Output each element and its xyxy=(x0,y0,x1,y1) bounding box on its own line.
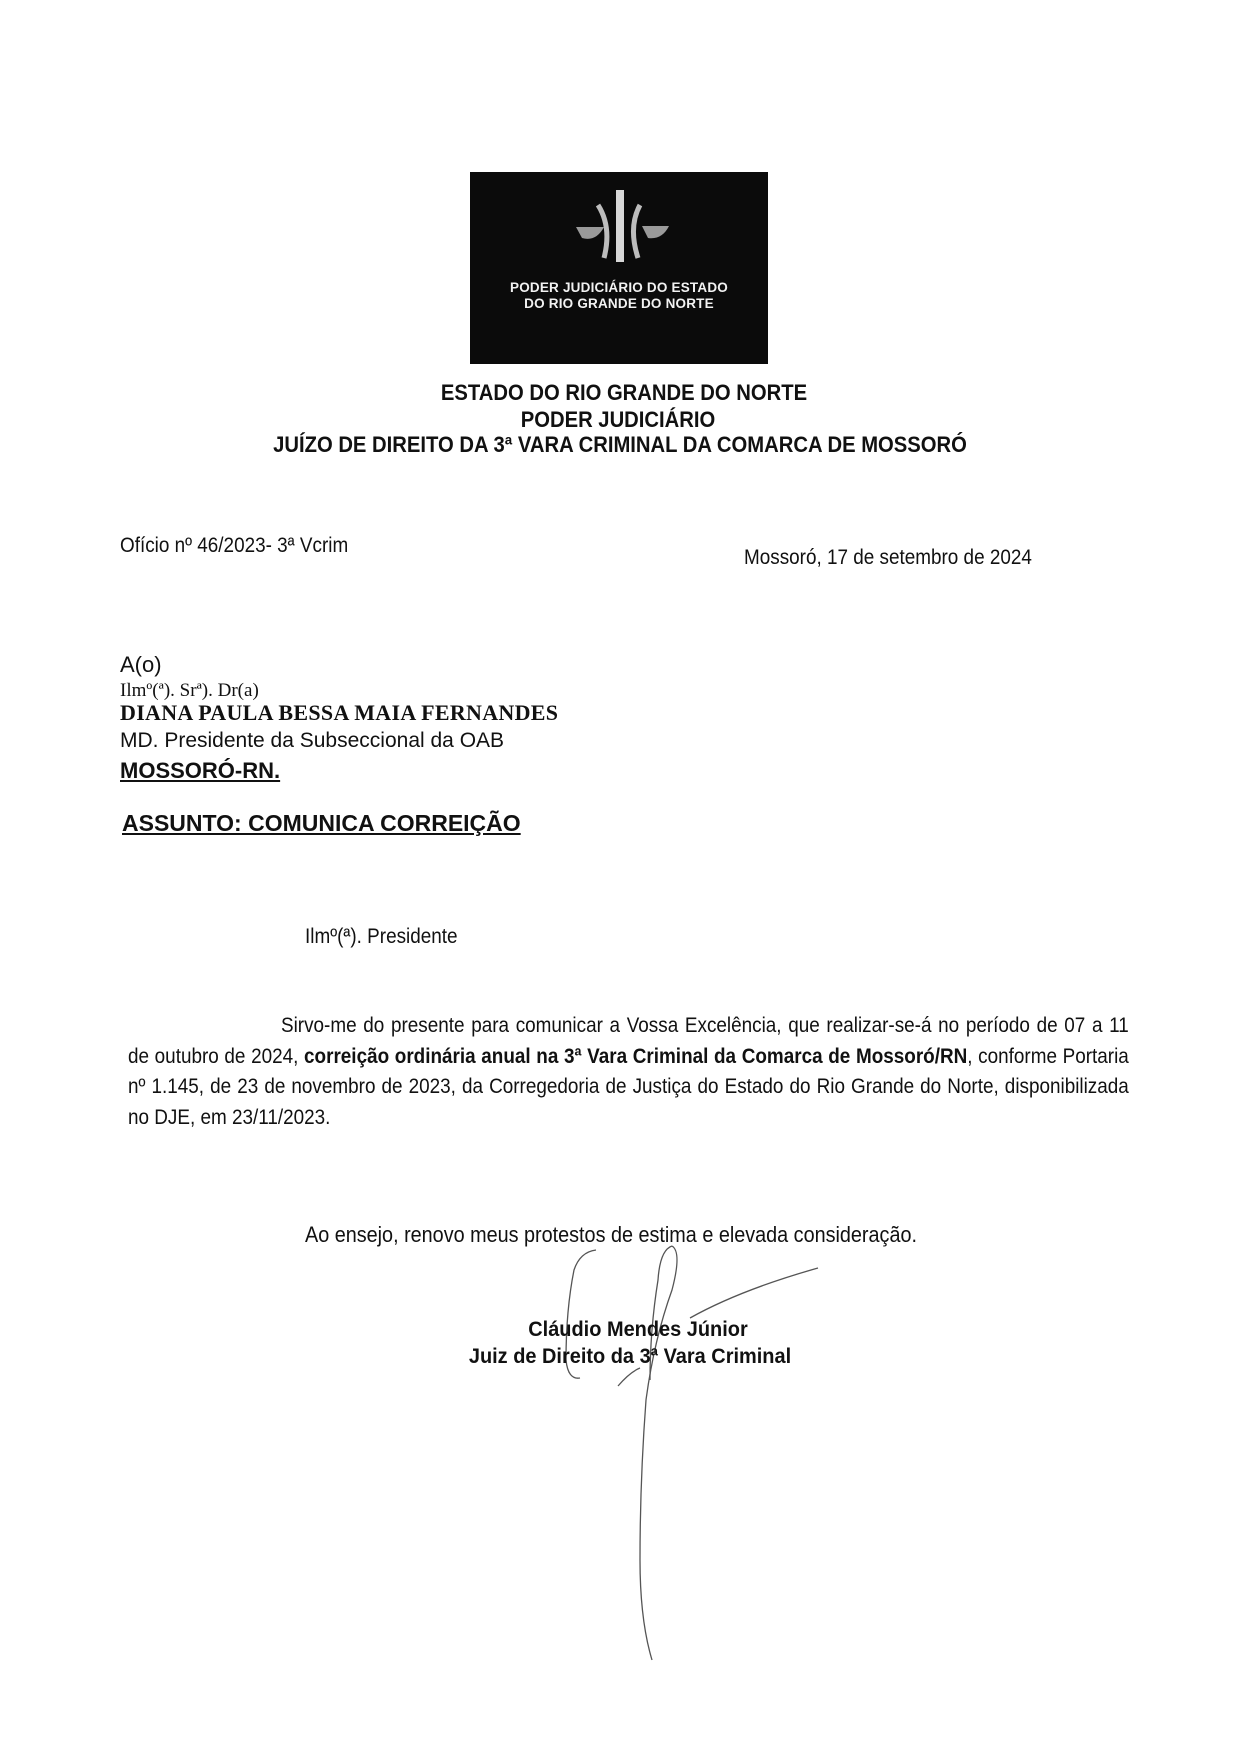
subject-line: ASSUNTO: COMUNICA CORREIÇÃO xyxy=(122,810,521,837)
recipient-role: MD. Presidente da Subseccional da OAB xyxy=(120,729,504,753)
scales-of-justice-icon xyxy=(470,172,768,364)
body-paragraph: Sirvo-me do presente para comunicar a Vo… xyxy=(128,1011,1129,1133)
court-logo: PODER JUDICIÁRIO DO ESTADO DO RIO GRANDE… xyxy=(470,172,768,364)
recipient-city: MOSSORÓ-RN. xyxy=(120,758,280,784)
logo-text-line2: DO RIO GRANDE DO NORTE xyxy=(470,296,768,311)
body-text-bold: correição ordinária anual na 3ª Vara Cri… xyxy=(304,1045,967,1068)
salutation: Ilmº(ª). Presidente xyxy=(305,925,458,949)
signatory-title: Juiz de Direito da 3ª Vara Criminal xyxy=(41,1345,1219,1369)
recipient-to: A(o) xyxy=(120,652,162,678)
header-court: JUÍZO DE DIREITO DA 3ª VARA CRIMINAL DA … xyxy=(50,432,1191,458)
header-branch: PODER JUDICIÁRIO xyxy=(48,407,1189,433)
place-date: Mossoró, 17 de setembro de 2024 xyxy=(744,546,1032,570)
header-state: ESTADO DO RIO GRANDE DO NORTE xyxy=(54,380,1195,406)
closing-line: Ao ensejo, renovo meus protestos de esti… xyxy=(305,1222,917,1248)
recipient-name: DIANA PAULA BESSA MAIA FERNANDES xyxy=(120,700,558,726)
recipient-honorific: Ilmº(ª). Srª). Dr(a) xyxy=(120,680,259,702)
logo-text-line1: PODER JUDICIÁRIO DO ESTADO xyxy=(470,280,768,295)
signatory-name: Cláudio Mendes Júnior xyxy=(49,1318,1227,1342)
oficio-number: Ofício nº 46/2023- 3ª Vcrim xyxy=(120,534,348,558)
